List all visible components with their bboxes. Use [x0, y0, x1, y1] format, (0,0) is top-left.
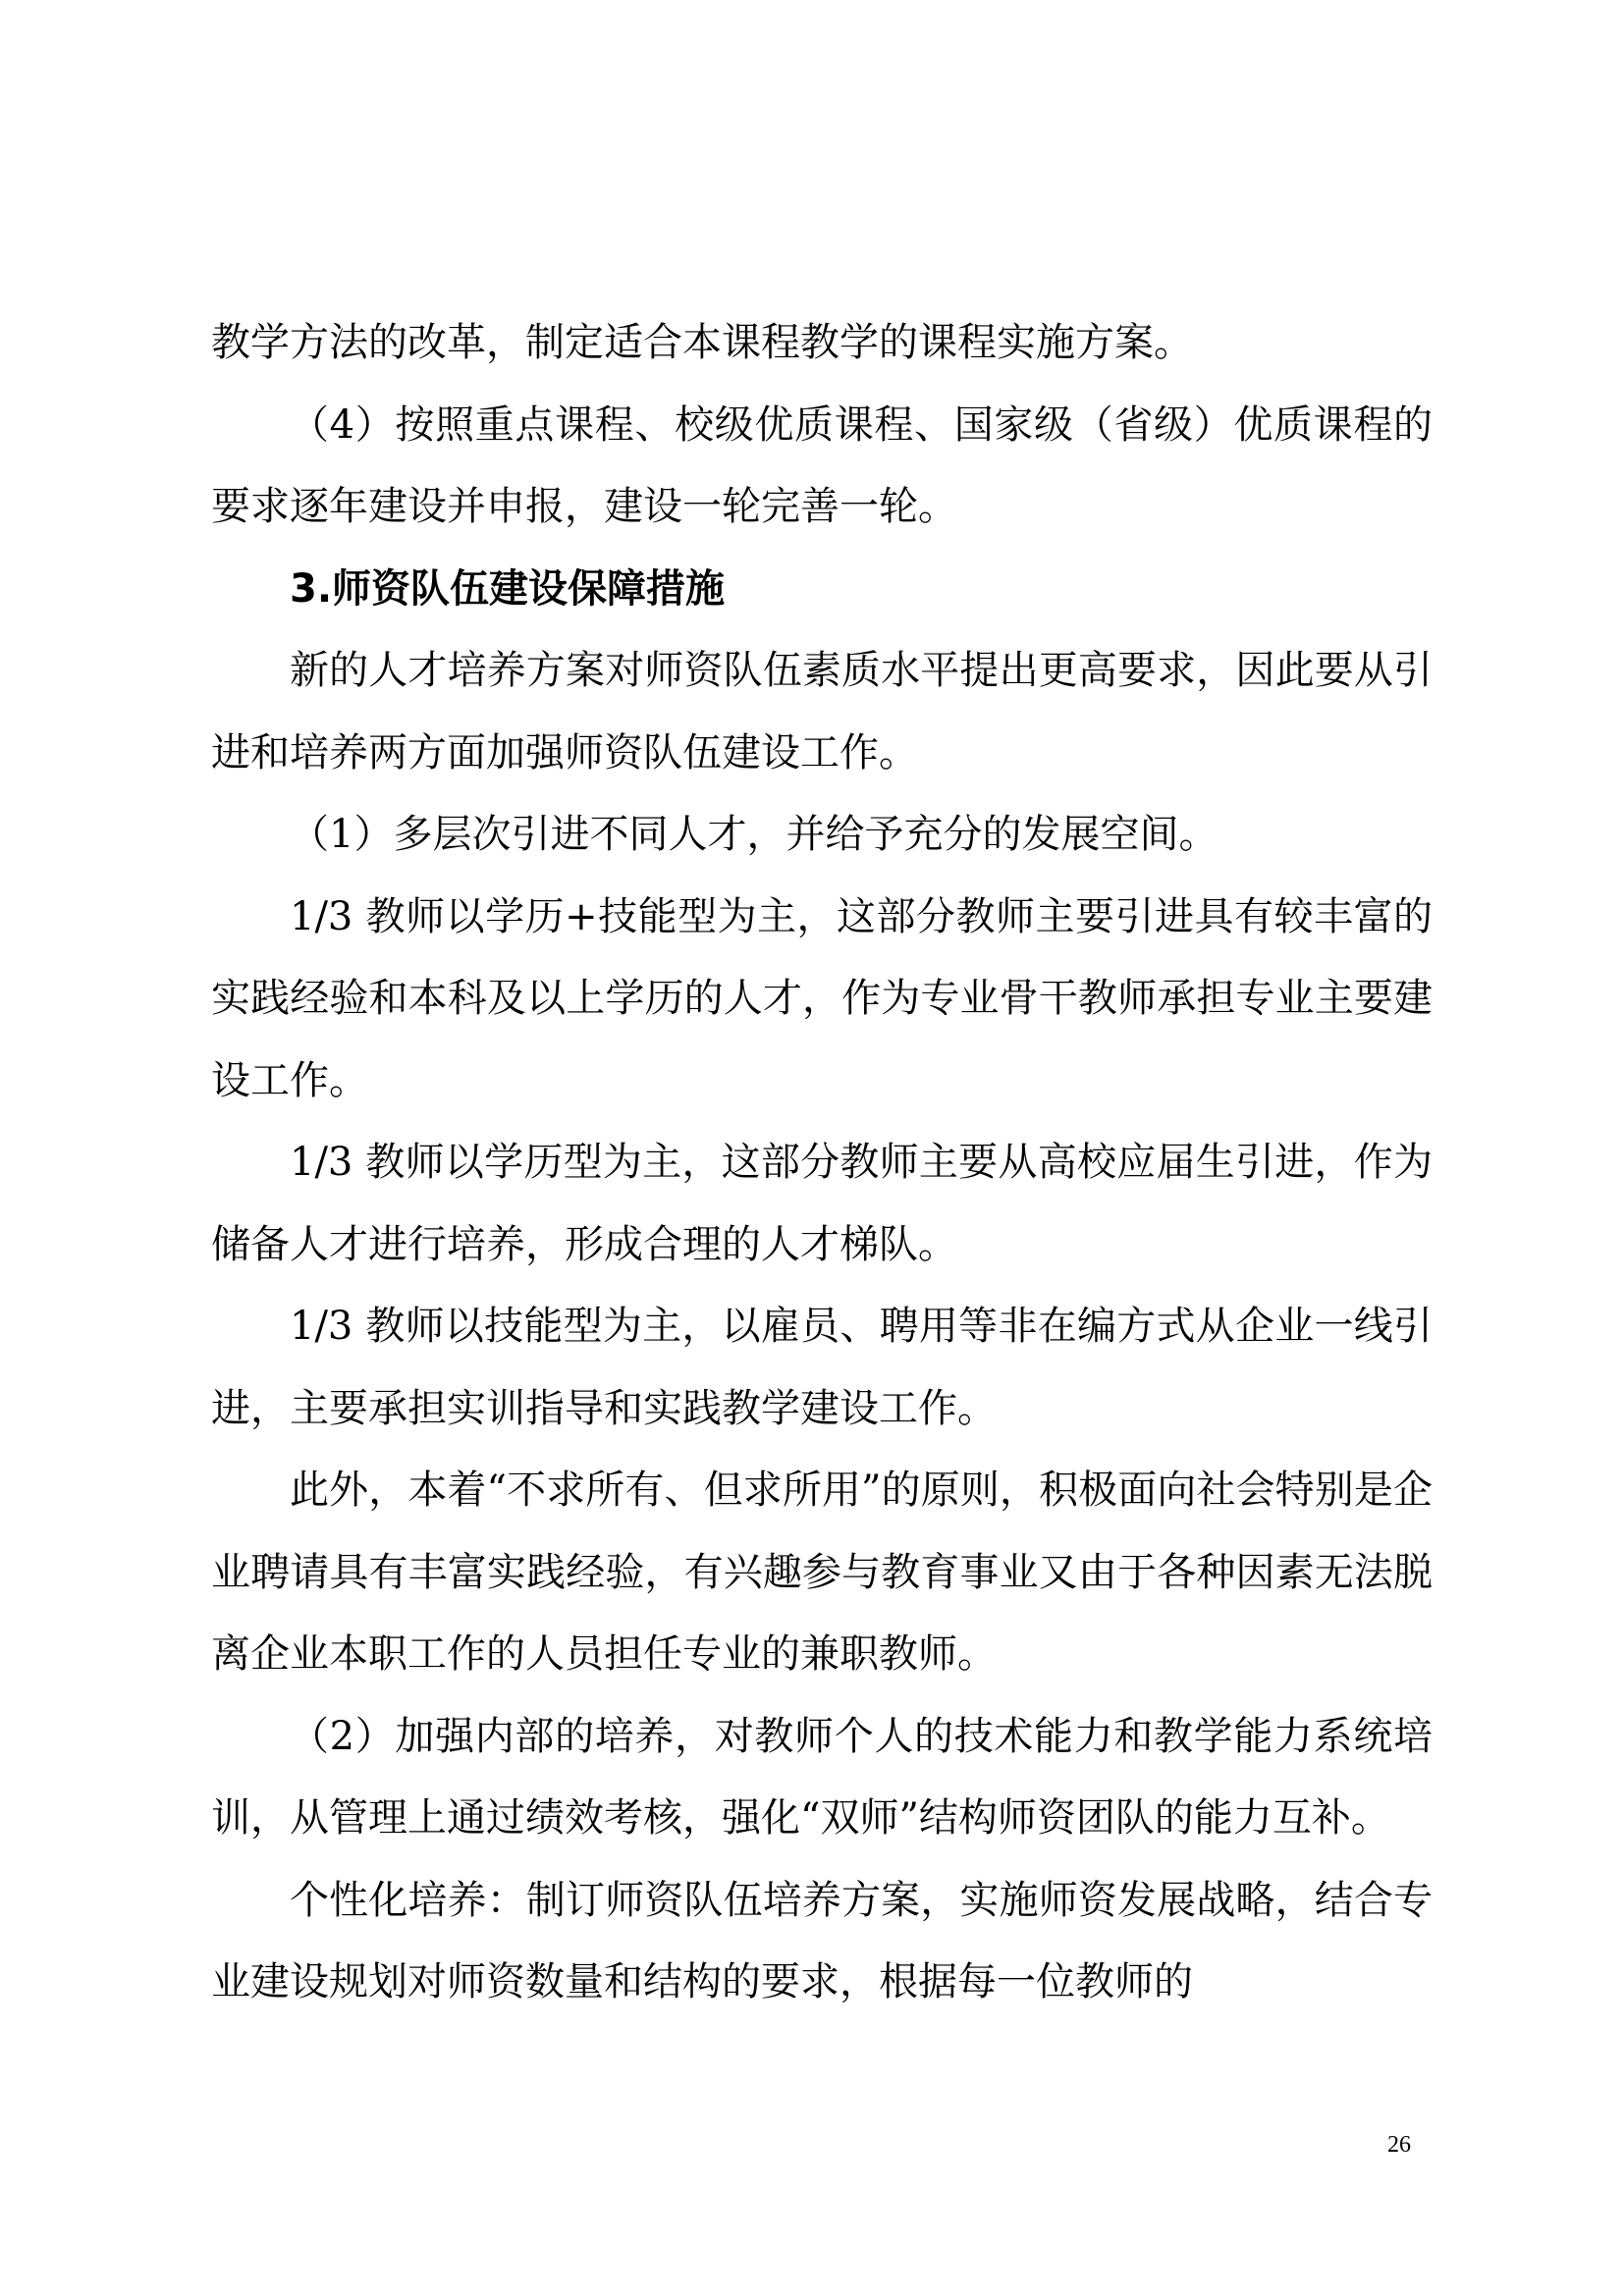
- body-text: 教学方法的改革，制定适合本课程教学的课程实施方案。 （4）按照重点课程、校级优质…: [211, 302, 1433, 2024]
- paragraph-parttime: 此外，本着“不求所有、但求所用”的原则，积极面向社会特别是企业聘请具有丰富实践经…: [211, 1450, 1433, 1696]
- paragraph-third-3: 1/3 教师以技能型为主，以雇员、聘用等非在编方式从企业一线引进，主要承担实训指…: [211, 1286, 1433, 1450]
- paragraph-third-1: 1/3 教师以学历+技能型为主，这部分教师主要引进具有较丰富的实践经验和本科及以…: [211, 877, 1433, 1123]
- paragraph-item-4: （4）按照重点课程、校级优质课程、国家级（省级）优质课程的要求逐年建设并申报，建…: [211, 385, 1433, 549]
- paragraph-item-2: （2）加强内部的培养，对教师个人的技术能力和教学能力系统培训，从管理上通过绩效考…: [211, 1696, 1433, 1860]
- document-page: 教学方法的改革，制定适合本课程教学的课程实施方案。 （4）按照重点课程、校级优质…: [0, 0, 1624, 2296]
- paragraph-intro: 新的人才培养方案对师资队伍素质水平提出更高要求，因此要从引进和培养两方面加强师资…: [211, 630, 1433, 794]
- paragraph-continuation: 教学方法的改革，制定适合本课程教学的课程实施方案。: [211, 302, 1433, 385]
- section-heading: 3.师资队伍建设保障措施: [211, 549, 1433, 631]
- paragraph-item-1: （1）多层次引进不同人才，并给予充分的发展空间。: [211, 794, 1433, 877]
- paragraph-third-2: 1/3 教师以学历型为主，这部分教师主要从高校应届生引进，作为储备人才进行培养，…: [211, 1122, 1433, 1286]
- page-number: 26: [1387, 2132, 1411, 2159]
- paragraph-personalized: 个性化培养：制订师资队伍培养方案，实施师资发展战略，结合专业建设规划对师资数量和…: [211, 1860, 1433, 2024]
